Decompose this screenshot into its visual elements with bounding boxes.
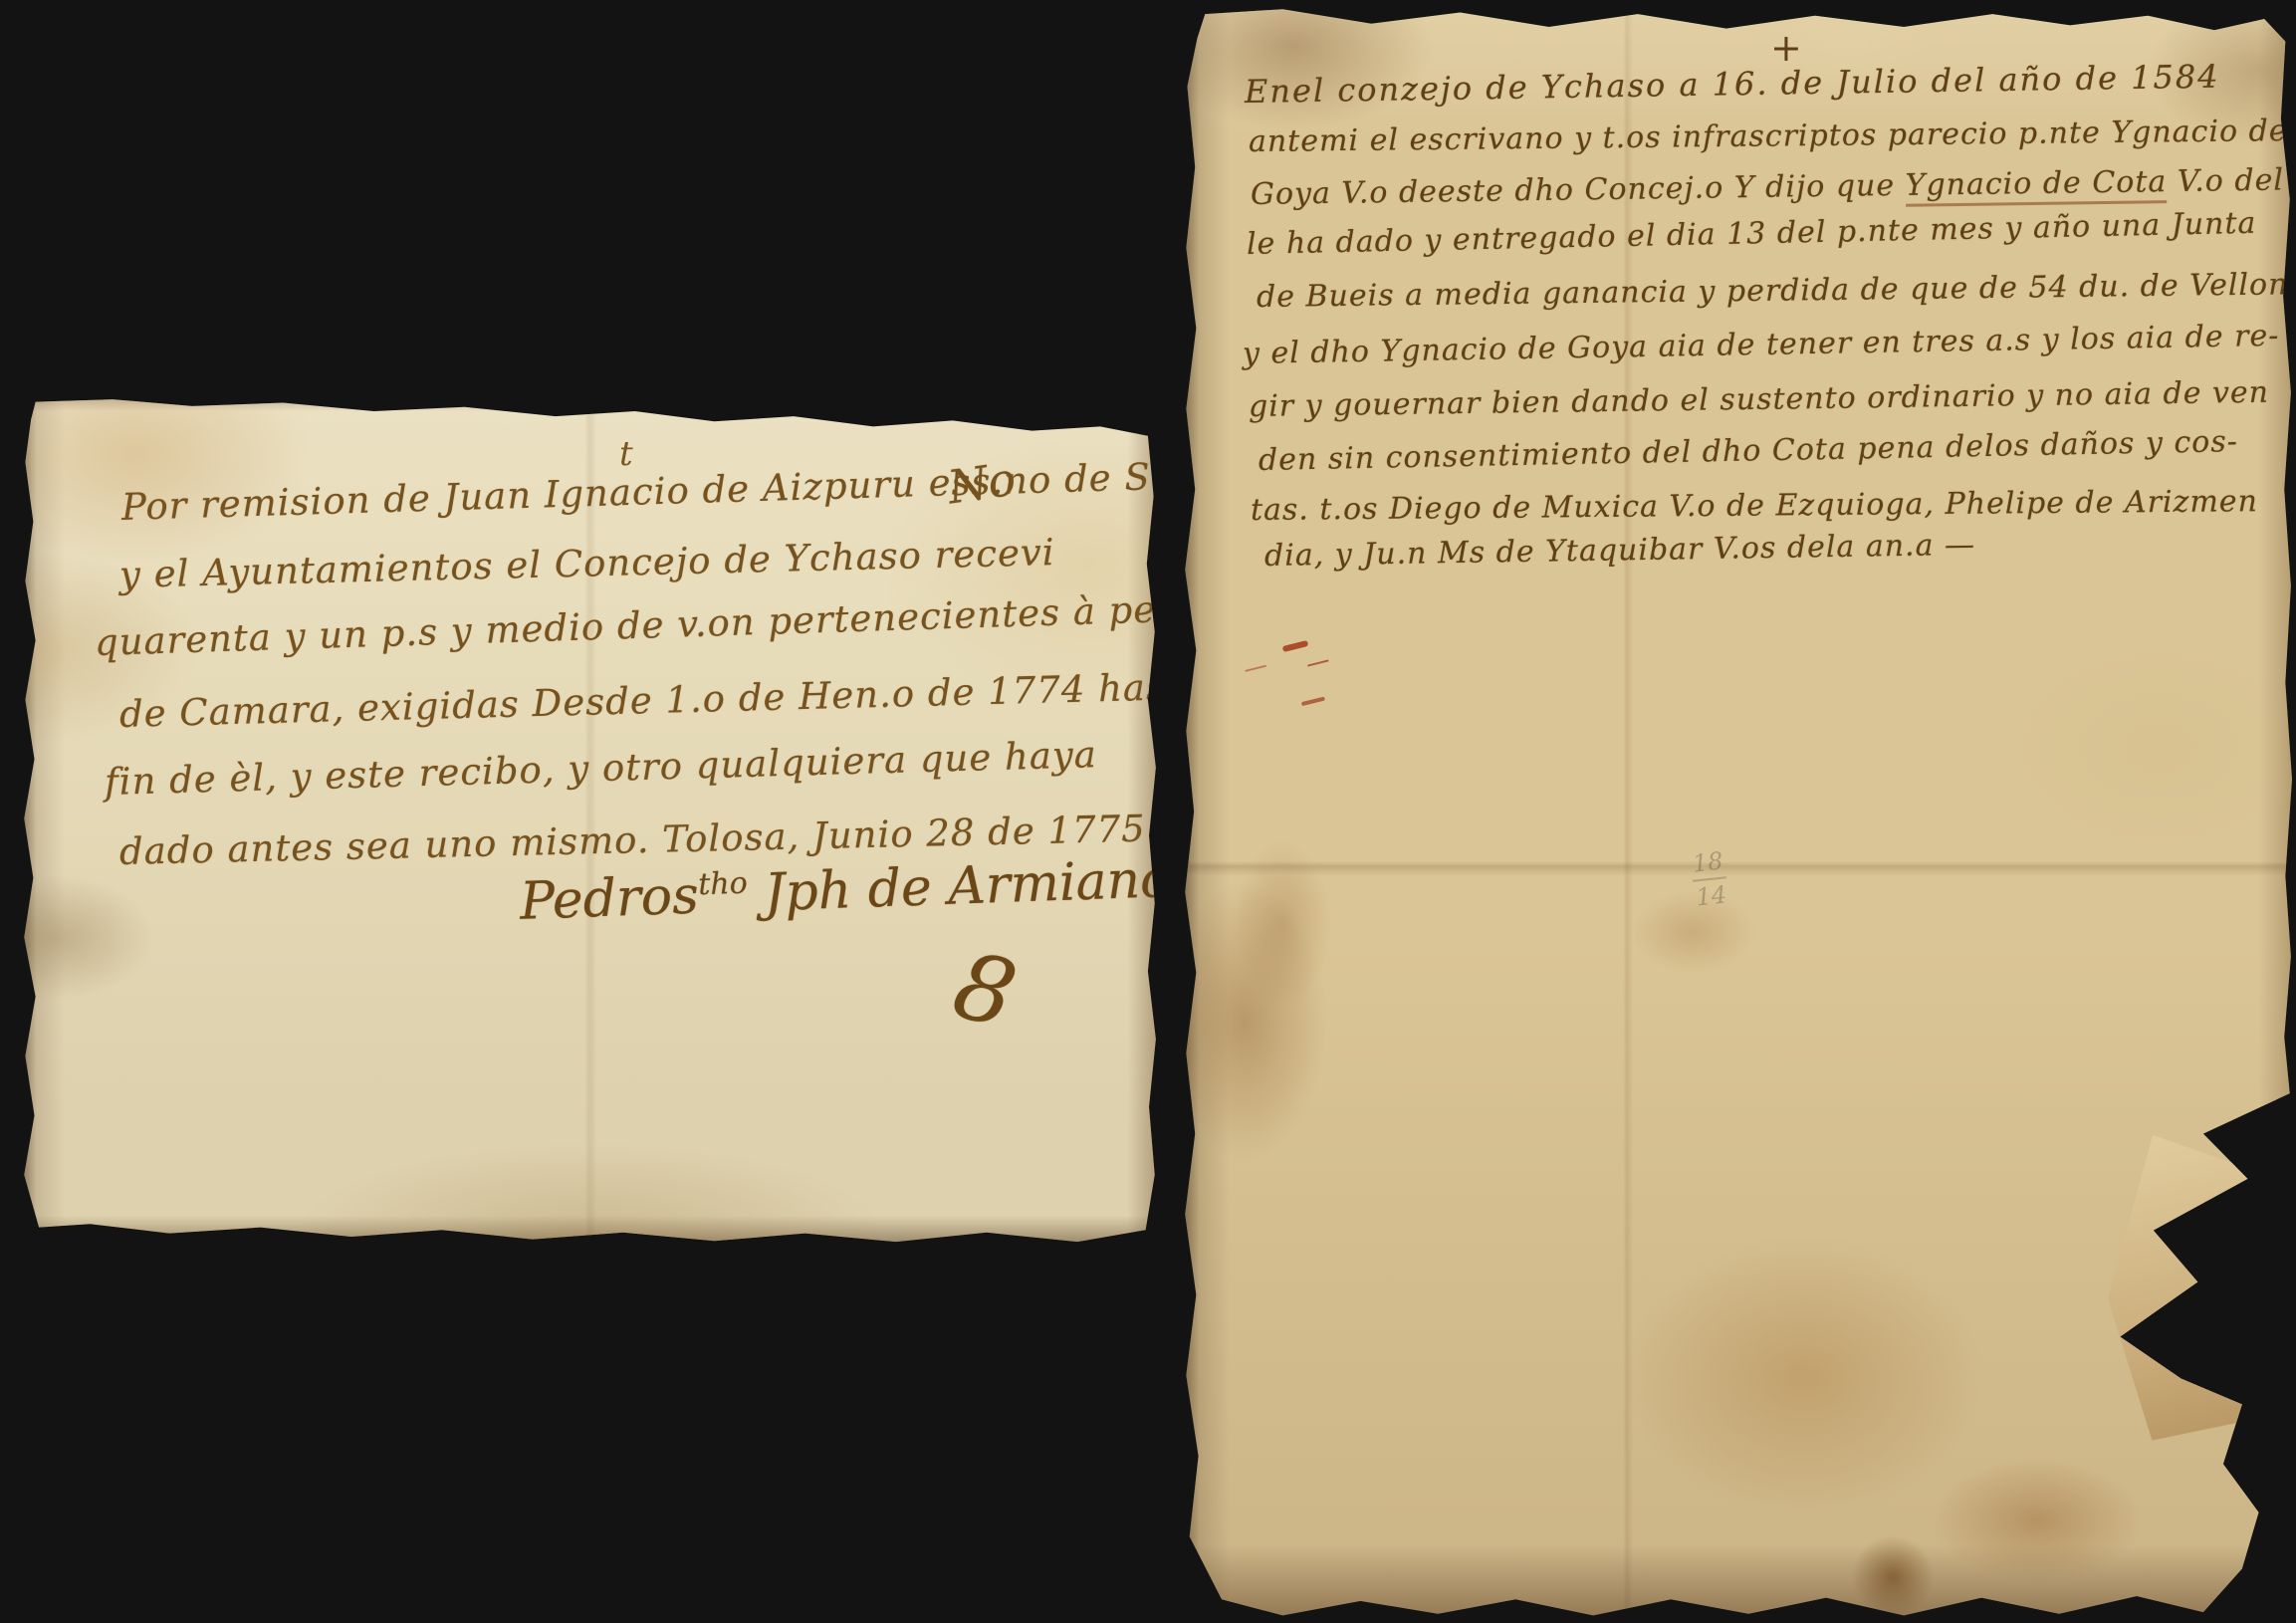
- line-segment: Goya V.o deeste dho Concej.o Y dijo que: [1251, 168, 1906, 212]
- manuscript-line: Enel conzejo de Ychaso a 16. de Julio de…: [1245, 58, 2220, 111]
- right-document: + Enel conzejo de Ychaso a 16. de Julio …: [1183, 6, 2292, 1617]
- manuscript-line: le ha dado y entregado el dia 13 del p.n…: [1247, 206, 2257, 262]
- line-segment: V.o del: [2167, 163, 2284, 200]
- manuscript-line: dia, y Ju.n Ms de Ytaquibar V.os dela an…: [1264, 528, 1976, 574]
- signature-rubric: 8: [944, 932, 1027, 1049]
- left-document: t No Por remision de Juan Ignacio de Aiz…: [22, 394, 1157, 1243]
- manuscript-line: quarenta y un p.s y medio de v.on perten…: [94, 585, 1224, 664]
- pencil-archival-note: 18 14: [1690, 846, 1729, 911]
- torn-corner-flap: [2094, 1132, 2296, 1454]
- signature-name: Pedros: [519, 866, 700, 932]
- invocation-cross-icon: t: [619, 434, 633, 474]
- underlined-name: Ygnacio de Cota: [1905, 164, 2167, 207]
- manuscript-line: de Camara, exigidas Desde 1.o de Hen.o d…: [118, 664, 1205, 736]
- manuscript-line: de Bueis a media ganancia y perdida de q…: [1257, 267, 2289, 315]
- signature-surname: Jph de Armianos: [747, 848, 1199, 924]
- red-ink-marks: [1282, 640, 1309, 652]
- manuscript-line: y el dho Ygnacio de Goya aia de tener en…: [1243, 319, 2280, 371]
- manuscript-line: y el Ayuntamientos el Concejo de Ychaso …: [118, 531, 1055, 596]
- manuscript-line: tas. t.os Diego de Muxica V.o de Ezquiog…: [1251, 484, 2258, 528]
- manuscript-line: gir y gouernar bien dando el sustento or…: [1249, 375, 2269, 424]
- pencil-denominator: 14: [1695, 880, 1727, 911]
- signature-superscript: tho: [698, 866, 749, 903]
- manuscript-line: Por remision de Juan Ignacio de Aizpuru …: [120, 453, 1227, 529]
- manuscript-line: Goya V.o deeste dho Concej.o Y dijo que …: [1251, 163, 2284, 212]
- pencil-numerator: 18: [1692, 847, 1724, 878]
- manuscript-line: antemi el escrivano y t.os infrascriptos…: [1249, 114, 2288, 159]
- manuscript-line: den sin consentimiento del dho Cota pena…: [1259, 424, 2238, 478]
- manuscript-line: fin de èl, y este recibo, y otro qualqui…: [104, 733, 1097, 804]
